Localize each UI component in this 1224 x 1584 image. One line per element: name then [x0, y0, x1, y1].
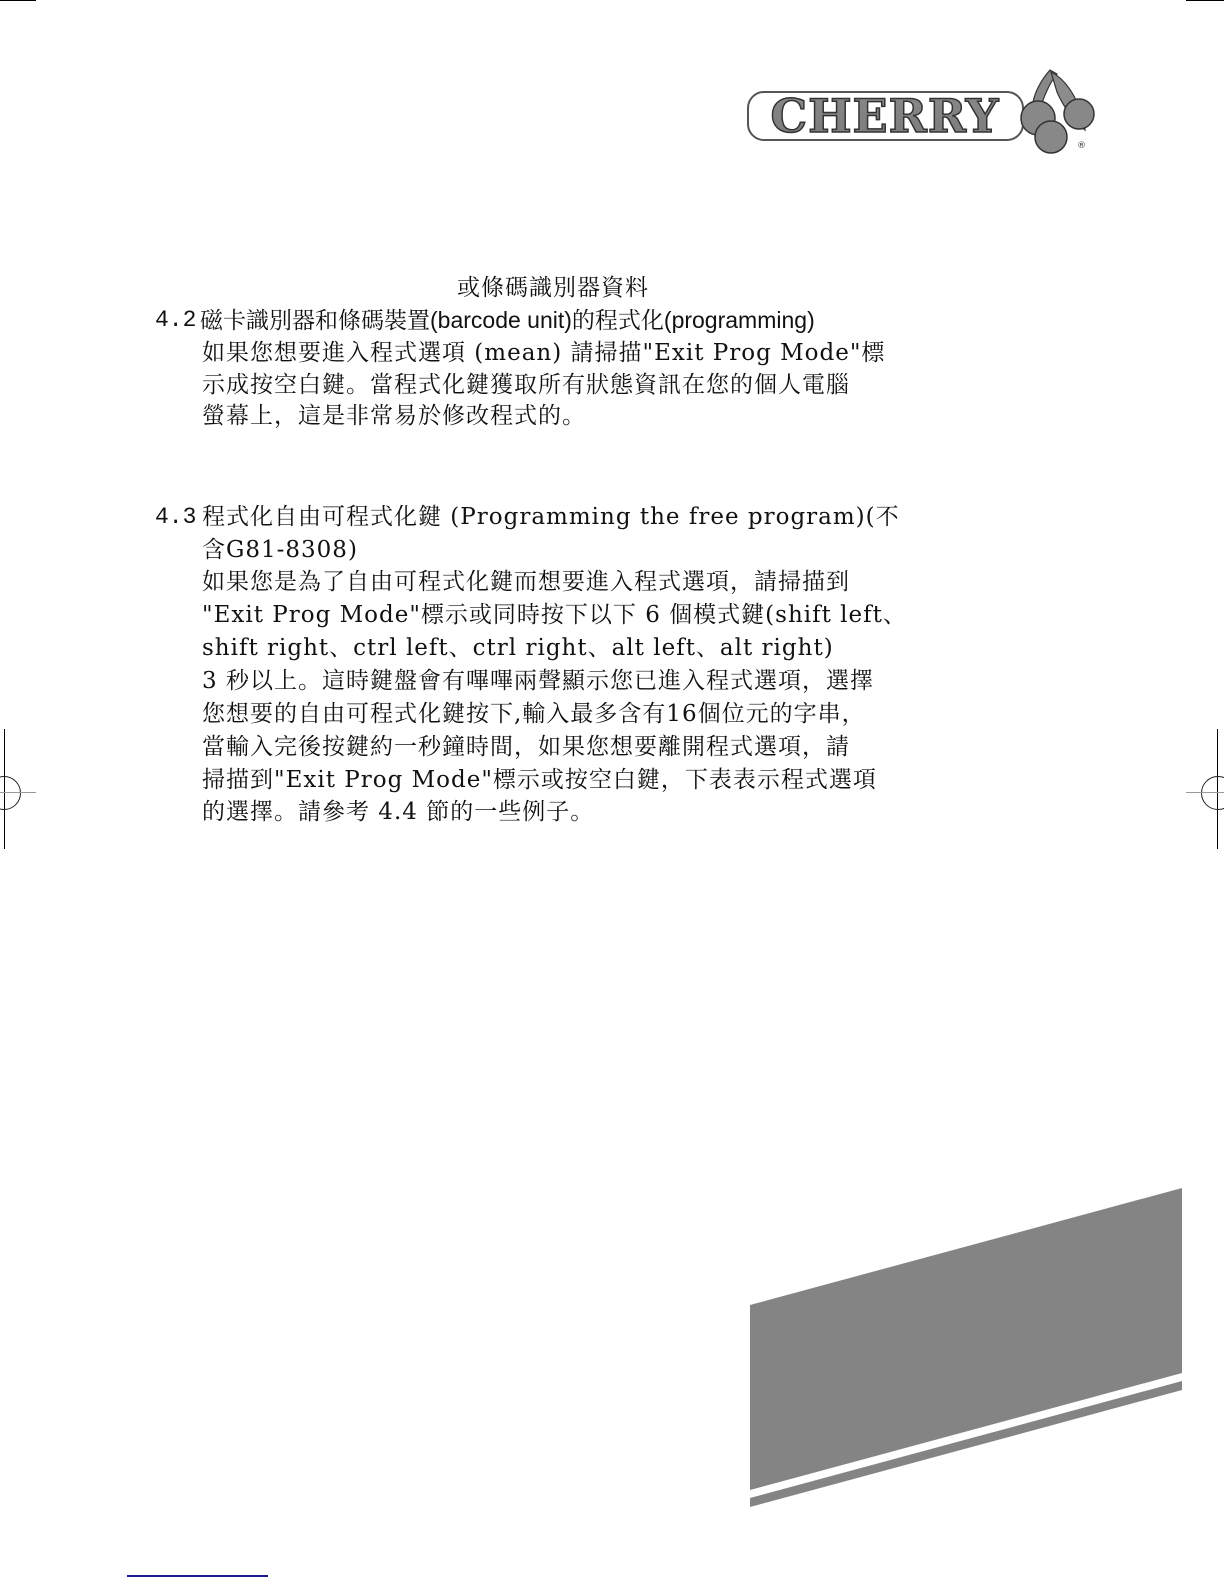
decorative-slanted-band — [0, 0, 1224, 1584]
footer-rule — [127, 1575, 268, 1577]
